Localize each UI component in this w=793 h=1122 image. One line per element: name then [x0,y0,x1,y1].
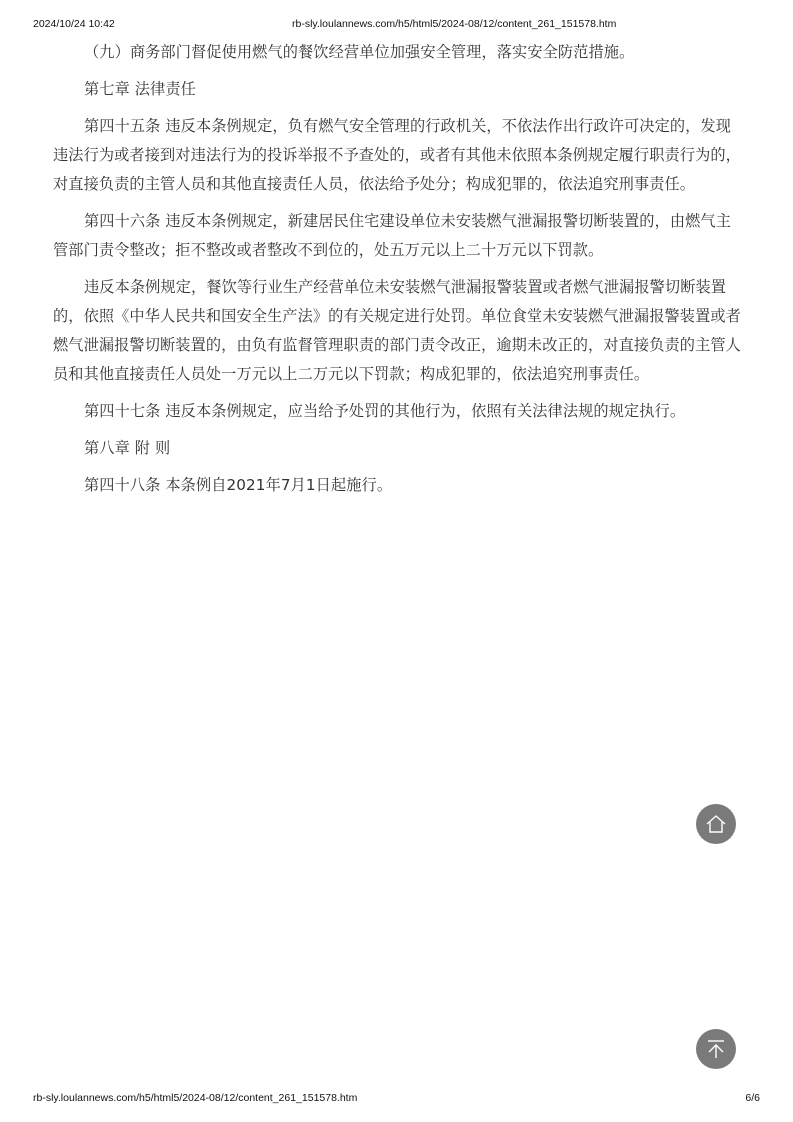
article-46-paragraph-2: 违反本条例规定，餐饮等行业生产经营单位未安装燃气泄漏报警装置或者燃气泄漏报警切断… [53,273,743,389]
article-47: 第四十七条 违反本条例规定，应当给予处罚的其他行为，依照有关法律法规的规定执行。 [53,397,743,426]
print-header-url: rb-sly.loulannews.com/h5/html5/2024-08/1… [292,18,616,30]
article-45: 第四十五条 违反本条例规定，负有燃气安全管理的行政机关，不依法作出行政许可决定的… [53,112,743,199]
print-footer-url: rb-sly.loulannews.com/h5/html5/2024-08/1… [33,1092,357,1104]
article-paragraph-clause-9: （九）商务部门督促使用燃气的餐饮经营单位加强安全管理，落实安全防范措施。 [53,38,743,67]
article-48: 第四十八条 本条例自2021年7月1日起施行。 [53,471,743,500]
print-footer: rb-sly.loulannews.com/h5/html5/2024-08/1… [0,1092,793,1106]
arrow-up-to-top-icon [705,1038,727,1060]
chapter-7-heading: 第七章 法律责任 [53,75,743,104]
home-button[interactable] [696,804,736,844]
print-header: 2024/10/24 10:42 rb-sly.loulannews.com/h… [0,18,793,32]
chapter-8-heading: 第八章 附 则 [53,434,743,463]
back-to-top-button[interactable] [696,1029,736,1069]
article-body: （九）商务部门督促使用燃气的餐饮经营单位加强安全管理，落实安全防范措施。 第七章… [53,38,743,508]
home-icon [705,814,727,834]
page-number: 6/6 [745,1092,760,1104]
print-datetime: 2024/10/24 10:42 [33,18,115,30]
article-46: 第四十六条 违反本条例规定，新建居民住宅建设单位未安装燃气泄漏报警切断装置的，由… [53,207,743,265]
